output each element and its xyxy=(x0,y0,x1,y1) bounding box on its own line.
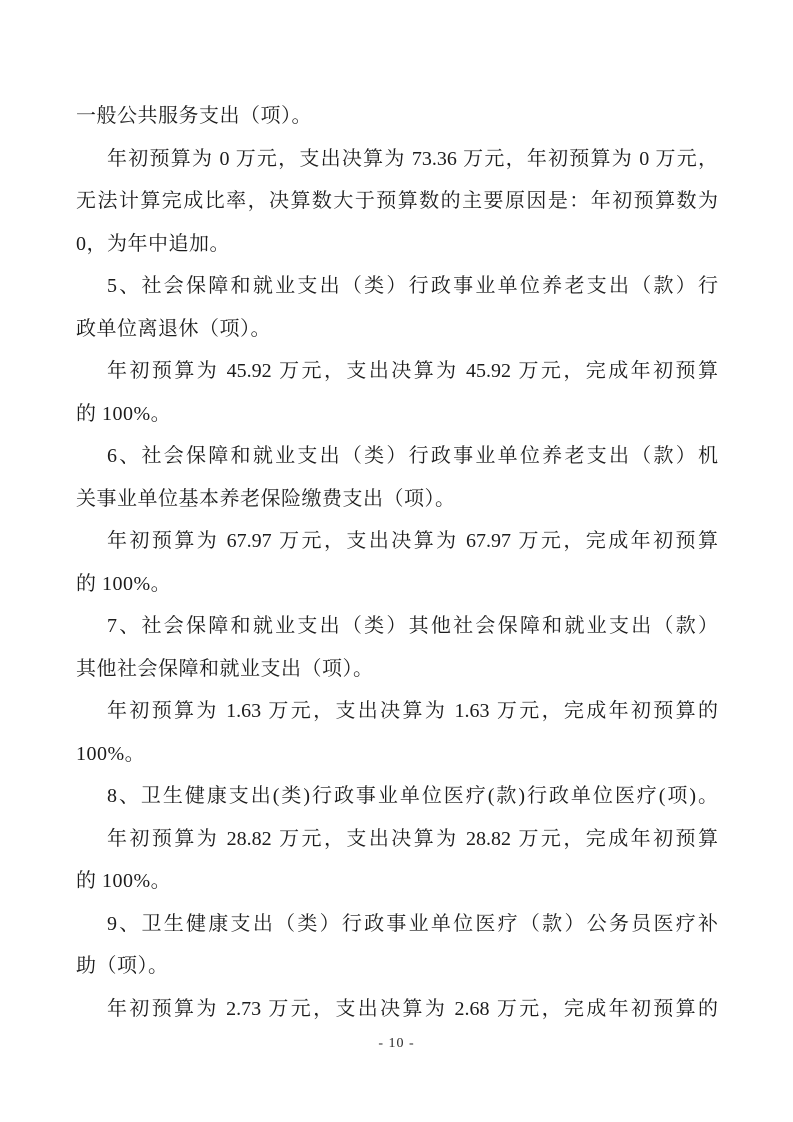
paragraph-item-5-budget-detail: 年初预算为 45.92 万元，支出决算为 45.92 万元，完成年初预算的 10… xyxy=(76,350,718,435)
document-line: 8、卫生健康支出(类)行政事业单位医疗(款)行政单位医疗(项)。 xyxy=(76,775,718,818)
document-line: 年初预算为 28.82 万元，支出决算为 28.82 万元，完成年初预算 xyxy=(76,818,718,861)
paragraph-item-6-title: 6、社会保障和就业支出（类）行政事业单位养老支出（款）机关事业单位基本养老保险缴… xyxy=(76,435,718,520)
paragraph-item-4-continued: 一般公共服务支出（项）。 xyxy=(76,95,718,138)
document-line: 其他社会保障和就业支出（项）。 xyxy=(76,648,718,691)
document-line: 一般公共服务支出（项）。 xyxy=(76,95,718,138)
document-line: 无法计算完成比率，决算数大于预算数的主要原因是：年初预算数为 xyxy=(76,180,718,223)
document-line: 的 100%。 xyxy=(76,860,718,903)
document-line: 100%。 xyxy=(76,733,718,776)
paragraph-item-8-title: 8、卫生健康支出(类)行政事业单位医疗(款)行政单位医疗(项)。 xyxy=(76,775,718,818)
document-line: 年初预算为 1.63 万元，支出决算为 1.63 万元，完成年初预算的 xyxy=(76,690,718,733)
paragraph-item-8-budget-detail: 年初预算为 28.82 万元，支出决算为 28.82 万元，完成年初预算的 10… xyxy=(76,818,718,903)
document-line: 政单位离退休（项）。 xyxy=(76,308,718,351)
document-line: 9、卫生健康支出（类）行政事业单位医疗（款）公务员医疗补 xyxy=(76,903,718,946)
document-line: 年初预算为 45.92 万元，支出决算为 45.92 万元，完成年初预算 xyxy=(76,350,718,393)
document-line: 0，为年中追加。 xyxy=(76,223,718,266)
document-page: 一般公共服务支出（项）。年初预算为 0 万元，支出决算为 73.36 万元，年初… xyxy=(0,0,793,1122)
document-line: 7、社会保障和就业支出（类）其他社会保障和就业支出（款） xyxy=(76,605,718,648)
paragraph-item-9-budget-detail: 年初预算为 2.73 万元，支出决算为 2.68 万元，完成年初预算的 xyxy=(76,988,718,1031)
document-line: 的 100%。 xyxy=(76,563,718,606)
document-line: 助（项）。 xyxy=(76,945,718,988)
page-number: - 10 - xyxy=(0,1036,793,1052)
paragraph-item-7-title: 7、社会保障和就业支出（类）其他社会保障和就业支出（款）其他社会保障和就业支出（… xyxy=(76,605,718,690)
document-line: 6、社会保障和就业支出（类）行政事业单位养老支出（款）机 xyxy=(76,435,718,478)
paragraph-item-5-title: 5、社会保障和就业支出（类）行政事业单位养老支出（款）行政单位离退休（项）。 xyxy=(76,265,718,350)
paragraph-item-7-budget-detail: 年初预算为 1.63 万元，支出决算为 1.63 万元，完成年初预算的100%。 xyxy=(76,690,718,775)
document-line: 年初预算为 2.73 万元，支出决算为 2.68 万元，完成年初预算的 xyxy=(76,988,718,1031)
paragraph-item-4-budget-detail: 年初预算为 0 万元，支出决算为 73.36 万元，年初预算为 0 万元，无法计… xyxy=(76,138,718,266)
document-line: 年初预算为 0 万元，支出决算为 73.36 万元，年初预算为 0 万元， xyxy=(76,138,718,181)
document-line: 年初预算为 67.97 万元，支出决算为 67.97 万元，完成年初预算 xyxy=(76,520,718,563)
document-line: 的 100%。 xyxy=(76,393,718,436)
paragraph-item-9-title: 9、卫生健康支出（类）行政事业单位医疗（款）公务员医疗补助（项）。 xyxy=(76,903,718,988)
document-line: 关事业单位基本养老保险缴费支出（项）。 xyxy=(76,478,718,521)
paragraph-item-6-budget-detail: 年初预算为 67.97 万元，支出决算为 67.97 万元，完成年初预算的 10… xyxy=(76,520,718,605)
document-body: 一般公共服务支出（项）。年初预算为 0 万元，支出决算为 73.36 万元，年初… xyxy=(76,95,718,1030)
document-line: 5、社会保障和就业支出（类）行政事业单位养老支出（款）行 xyxy=(76,265,718,308)
